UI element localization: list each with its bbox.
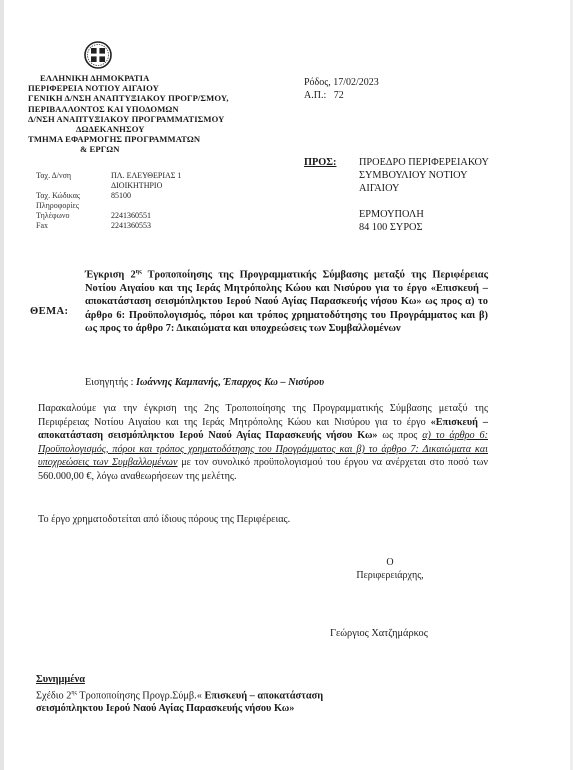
org-line: ΠΕΡΙΒΑΛΛΟΝΤΟΣ ΚΑΙ ΥΠΟΔΟΜΩΝ xyxy=(28,104,258,114)
attachment-text: Τροποποίησης Προγρ.Σύμβ.« xyxy=(77,690,205,701)
rapporteur-label: Εισηγητής : xyxy=(85,377,136,388)
page-left-edge xyxy=(0,0,4,770)
body-text: ως προς xyxy=(378,430,423,441)
contact-row: ΔΙΟΙΚΗΤΗΡΙΟ xyxy=(36,181,181,191)
contact-row: Πληροφορίες xyxy=(36,201,181,211)
signature-block: Ο Περιφερειάρχης, xyxy=(340,556,440,582)
contact-label: Τηλέφωνο xyxy=(36,211,111,221)
contact-row: Τηλέφωνο2241360551 xyxy=(36,211,181,221)
org-line: ΓΕΝΙΚΗ Δ/ΝΣΗ ΑΝΑΠΤΥΞΙΑΚΟΥ ΠΡΟΓΡ/ΣΜΟΥ, xyxy=(28,93,258,103)
contact-label: Fax xyxy=(36,221,111,231)
subject-label: ΘΕΜΑ: xyxy=(30,306,68,317)
address-line: ΑΙΓΑΙΟΥ xyxy=(359,182,559,195)
contact-value: 85100 xyxy=(111,191,131,201)
greek-coat-of-arms-icon xyxy=(83,40,113,70)
org-line: ΠΕΡΙΦΕΡΕΙΑ ΝΟΤΙΟΥ ΑΙΓΑΙΟΥ xyxy=(28,83,258,93)
attachment-item: Σχέδιο 2ης Τροποποίησης Προγρ.Σύμβ.« Επι… xyxy=(36,687,323,703)
protocol-number: Α.Π.: 72 xyxy=(304,89,379,102)
contact-label xyxy=(36,181,111,191)
date-block: Ρόδος, 17/02/2023 Α.Π.: 72 xyxy=(304,76,379,102)
body-paragraph-1: Παρακαλούμε για την έγκριση της 2ης Τροπ… xyxy=(38,402,488,484)
issuer-organization: ΕΛΛΗΝΙΚΗ ΔΗΜΟΚΡΑΤΙΑ ΠΕΡΙΦΕΡΕΙΑ ΝΟΤΙΟΥ ΑΙ… xyxy=(28,73,258,155)
signature-title-1: Ο xyxy=(340,556,440,569)
org-line: Δ/ΝΣΗ ΑΝΑΠΤΥΞΙΑΚΟΥ ΠΡΟΓΡΑΜΜΑΤΙΣΜΟΥ xyxy=(28,114,258,124)
contact-details: Ταχ. Δ/νσηΠΛ. ΕΛΕΥΘΕΡΙΑΣ 1 ΔΙΟΙΚΗΤΗΡΙΟ Τ… xyxy=(36,171,181,231)
address-line: ΠΡΟΕΔΡΟ ΠΕΡΙΦΕΡΕΙΑΚΟΥ xyxy=(359,156,559,169)
org-line: ΤΜΗΜΑ ΕΦΑΡΜΟΓΗΣ ΠΡΟΓΡΑΜΜΑΤΩΝ xyxy=(28,134,258,144)
contact-value: ΠΛ. ΕΛΕΥΘΕΡΙΑΣ 1 xyxy=(111,171,181,181)
rapporteur-name: Ιωάννης Καμπανής, Έπαρχος Κω – Νισύρου xyxy=(136,377,324,388)
recipient-address: ΠΡΟΕΔΡΟ ΠΕΡΙΦΕΡΕΙΑΚΟΥ ΣΥΜΒΟΥΛΙΟΥ ΝΟΤΙΟΥ … xyxy=(359,156,559,234)
org-line: ΕΛΛΗΝΙΚΗ ΔΗΜΟΚΡΑΤΙΑ xyxy=(28,73,258,83)
attachments-title: Συνημμένα xyxy=(36,673,323,687)
attachment-text: Σχέδιο 2 xyxy=(36,690,71,701)
signatory-name: Γεώργιος Χατζημάρκος xyxy=(330,628,428,639)
subject-body: Τροποποίησης της Προγραμματικής Σύμβασης… xyxy=(85,269,488,334)
contact-label: Ταχ. Κώδικας xyxy=(36,191,111,201)
attachment-title: σεισμόπληκτου Ιερού Ναού Αγίας Παρασκευή… xyxy=(36,703,294,714)
attachments: Συνημμένα Σχέδιο 2ης Τροποποίησης Προγρ.… xyxy=(36,673,323,716)
contact-row: Ταχ. Δ/νσηΠΛ. ΕΛΕΥΘΕΡΙΑΣ 1 xyxy=(36,171,181,181)
body-paragraph-2: Το έργο χρηματοδοτείται από ίδιους πόρου… xyxy=(38,514,290,525)
org-line: ΔΩΔΕΚΑΝΗΣΟΥ xyxy=(28,124,258,134)
recipient-label: ΠΡΟΣ: xyxy=(304,156,336,169)
contact-row: Fax2241360553 xyxy=(36,221,181,231)
subject-pre: Έγκριση 2 xyxy=(85,269,136,280)
contact-label: Πληροφορίες xyxy=(36,201,111,211)
rapporteur: Εισηγητής : Ιωάννης Καμπανής, Έπαρχος Κω… xyxy=(85,377,324,388)
contact-value: 2241360553 xyxy=(111,221,151,231)
contact-row: Ταχ. Κώδικας85100 xyxy=(36,191,181,201)
document-date: Ρόδος, 17/02/2023 xyxy=(304,76,379,89)
org-line: & ΕΡΓΩΝ xyxy=(28,144,258,154)
body-text: Παρακαλούμε για την έγκριση της 2ης Τροπ… xyxy=(38,403,488,428)
address-spacer xyxy=(359,195,559,208)
subject-text: Έγκριση 2ης Τροποποίησης της Προγραμματι… xyxy=(85,266,488,336)
contact-value: 2241360551 xyxy=(111,211,151,221)
address-line: ΣΥΜΒΟΥΛΙΟΥ ΝΟΤΙΟΥ xyxy=(359,169,559,182)
contact-label: Ταχ. Δ/νση xyxy=(36,171,111,181)
attachment-title: Επισκευή – αποκατάσταση xyxy=(204,690,323,701)
contact-value: ΔΙΟΙΚΗΤΗΡΙΟ xyxy=(111,181,162,191)
address-line: 84 100 ΣΥΡΟΣ xyxy=(359,221,559,234)
signature-title-2: Περιφερειάρχης, xyxy=(340,569,440,582)
address-line: ΕΡΜΟΥΠΟΛΗ xyxy=(359,208,559,221)
